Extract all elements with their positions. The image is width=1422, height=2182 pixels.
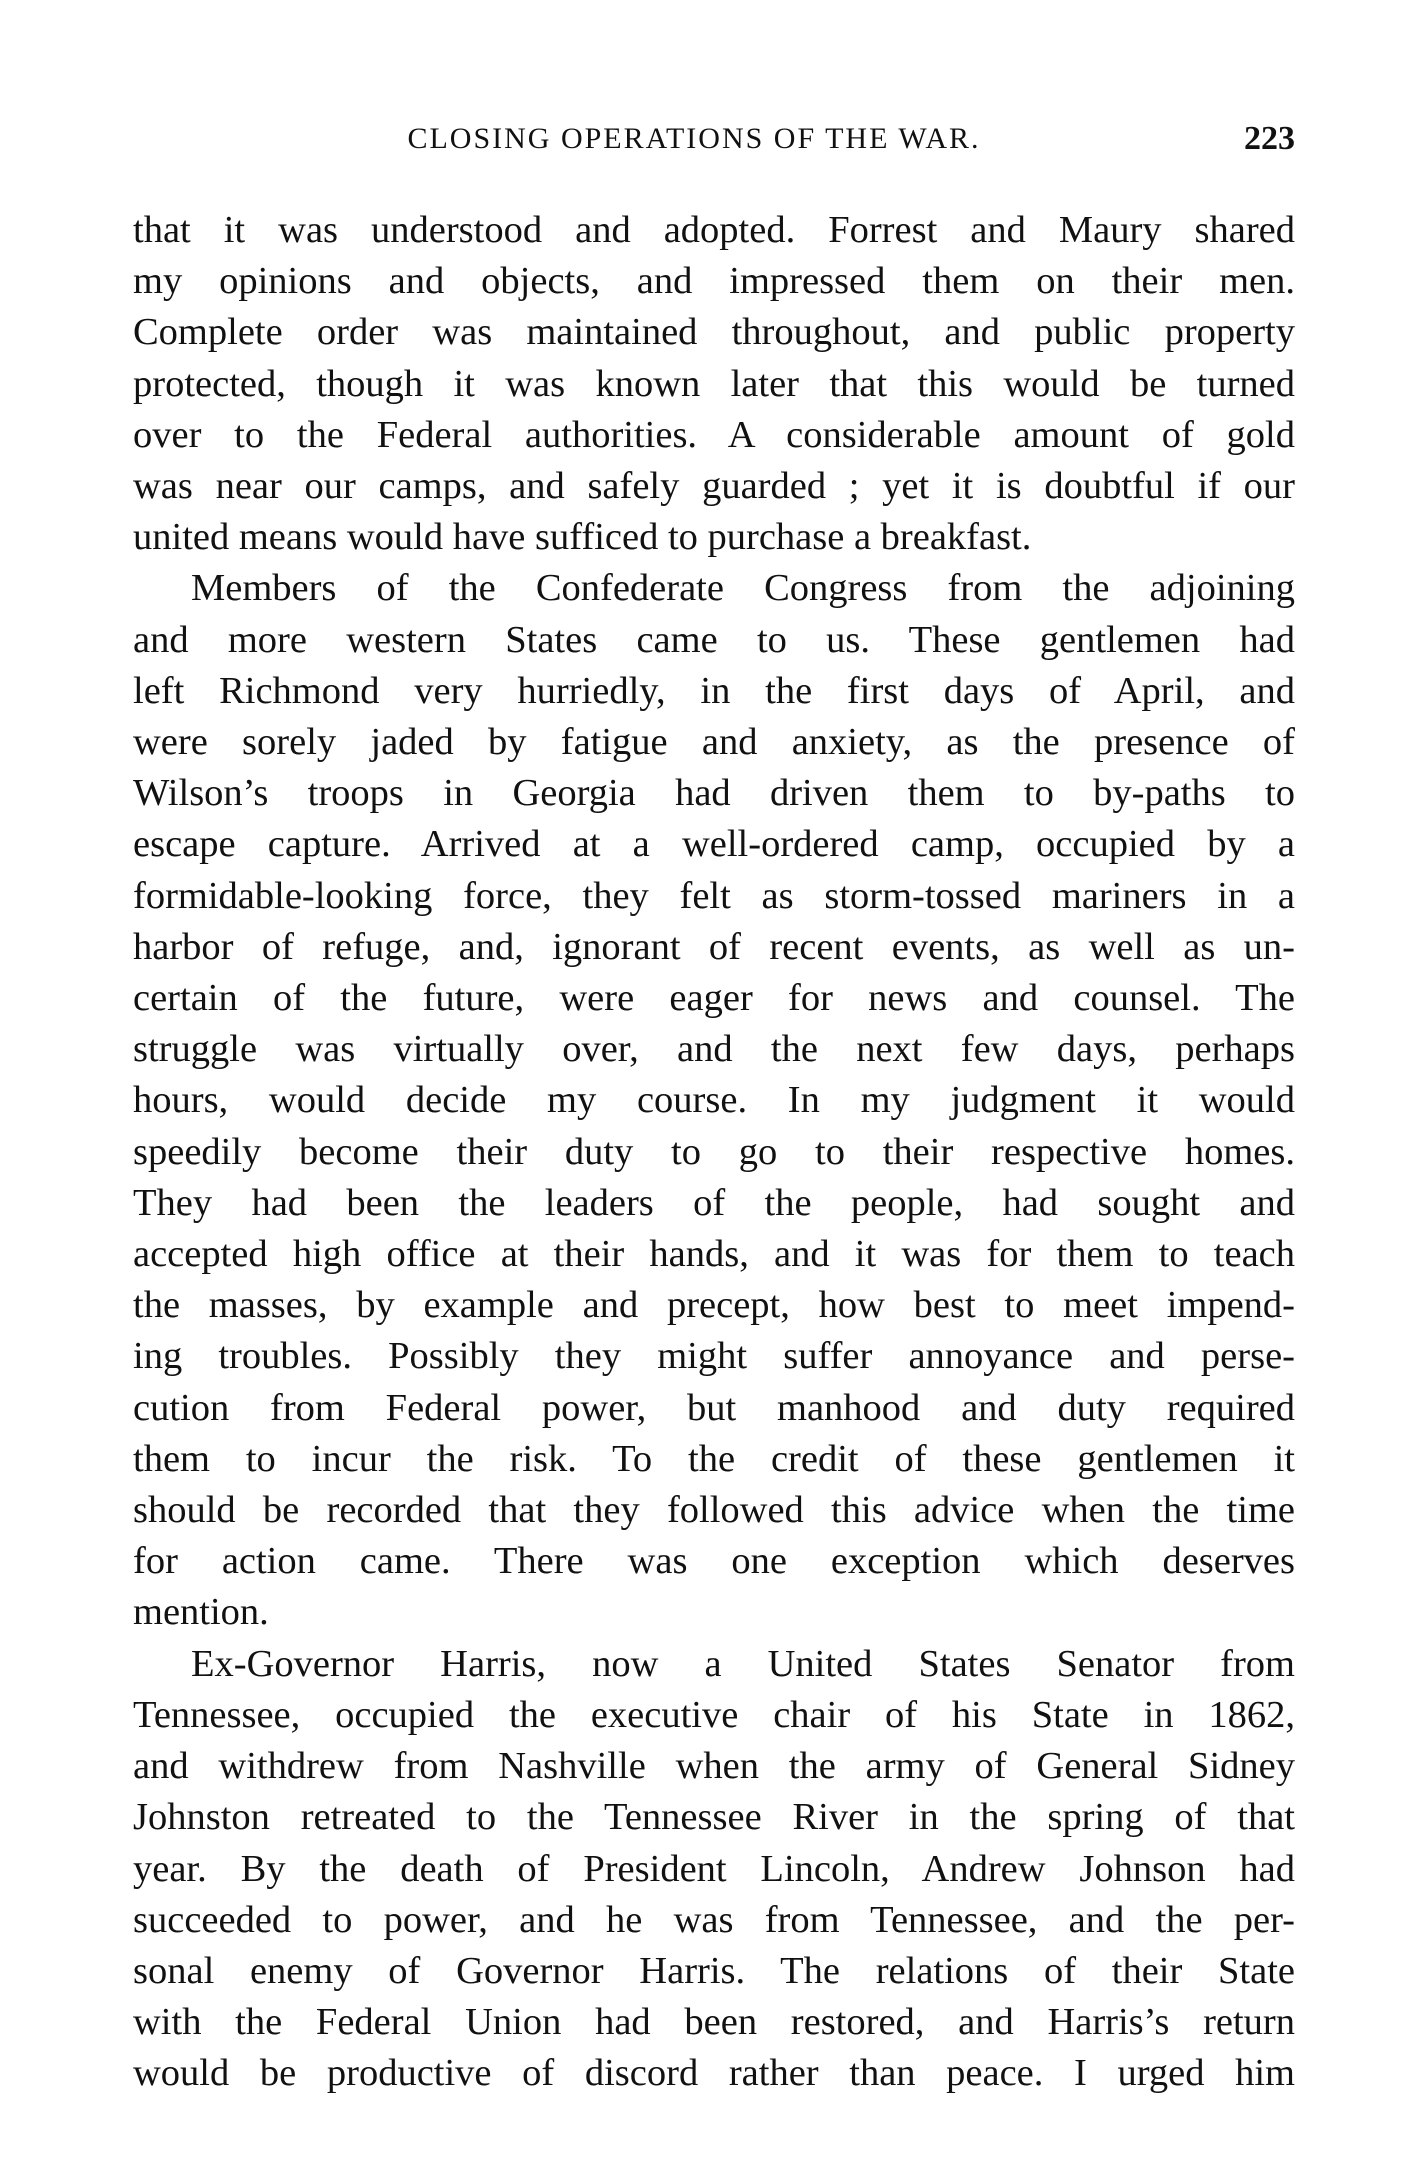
paragraph-1: that it was understood and adopted. Forr… [133,205,1295,563]
text-line: with the Federal Union had been restored… [133,1997,1295,2048]
text-line: formidable-looking force, they felt as s… [133,871,1295,922]
text-line: protected, though it was known later tha… [133,359,1295,410]
text-line: year. By the death of President Lincoln,… [133,1844,1295,1895]
body-text: that it was understood and adopted. Forr… [133,205,1295,2100]
running-header: CLOSING OPERATIONS OF THE WAR. 223 [133,118,1295,158]
paragraph-2: Members of the Confederate Congress from… [133,563,1295,1638]
text-line: over to the Federal authorities. A consi… [133,410,1295,461]
text-line: struggle was virtually over, and the nex… [133,1024,1295,1075]
text-line: ing troubles. Possibly they might suffer… [133,1331,1295,1382]
text-line: should be recorded that they followed th… [133,1485,1295,1536]
text-line: that it was understood and adopted. Forr… [133,205,1295,256]
text-line: certain of the future, were eager for ne… [133,973,1295,1024]
text-line: speedily become their duty to go to thei… [133,1127,1295,1178]
book-page: CLOSING OPERATIONS OF THE WAR. 223 that … [0,0,1422,2182]
text-line: and withdrew from Nashville when the arm… [133,1741,1295,1792]
text-line: was near our camps, and safely guarded ;… [133,461,1295,512]
text-line: They had been the leaders of the people,… [133,1178,1295,1229]
text-line: Wilson’s troops in Georgia had driven th… [133,768,1295,819]
text-line: sonal enemy of Governor Harris. The rela… [133,1946,1295,1997]
text-line: accepted high office at their hands, and… [133,1229,1295,1280]
text-line: Johnston retreated to the Tennessee Rive… [133,1792,1295,1843]
text-line: escape capture. Arrived at a well-ordere… [133,819,1295,870]
text-line: cution from Federal power, but manhood a… [133,1383,1295,1434]
text-line: would be productive of discord rather th… [133,2048,1295,2099]
paragraph-3: Ex-Governor Harris, now a United States … [133,1639,1295,2100]
text-line: Complete order was maintained throughout… [133,307,1295,358]
running-title: CLOSING OPERATIONS OF THE WAR. [133,122,1295,156]
text-line: hours, would decide my course. In my jud… [133,1075,1295,1126]
text-line: united means would have sufficed to purc… [133,512,1295,563]
text-line: Tennessee, occupied the executive chair … [133,1690,1295,1741]
text-line: were sorely jaded by fatigue and anxiety… [133,717,1295,768]
text-line: for action came. There was one exception… [133,1536,1295,1587]
text-line: the masses, by example and precept, how … [133,1280,1295,1331]
text-line: my opinions and objects, and impressed t… [133,256,1295,307]
text-line: them to incur the risk. To the credit of… [133,1434,1295,1485]
text-line: and more western States came to us. Thes… [133,615,1295,666]
text-line: Ex-Governor Harris, now a United States … [133,1639,1295,1690]
text-line: left Richmond very hurriedly, in the fir… [133,666,1295,717]
page-number: 223 [1244,120,1295,158]
text-line: succeeded to power, and he was from Tenn… [133,1895,1295,1946]
text-line: harbor of refuge, and, ignorant of recen… [133,922,1295,973]
text-line: mention. [133,1587,1295,1638]
text-line: Members of the Confederate Congress from… [133,563,1295,614]
